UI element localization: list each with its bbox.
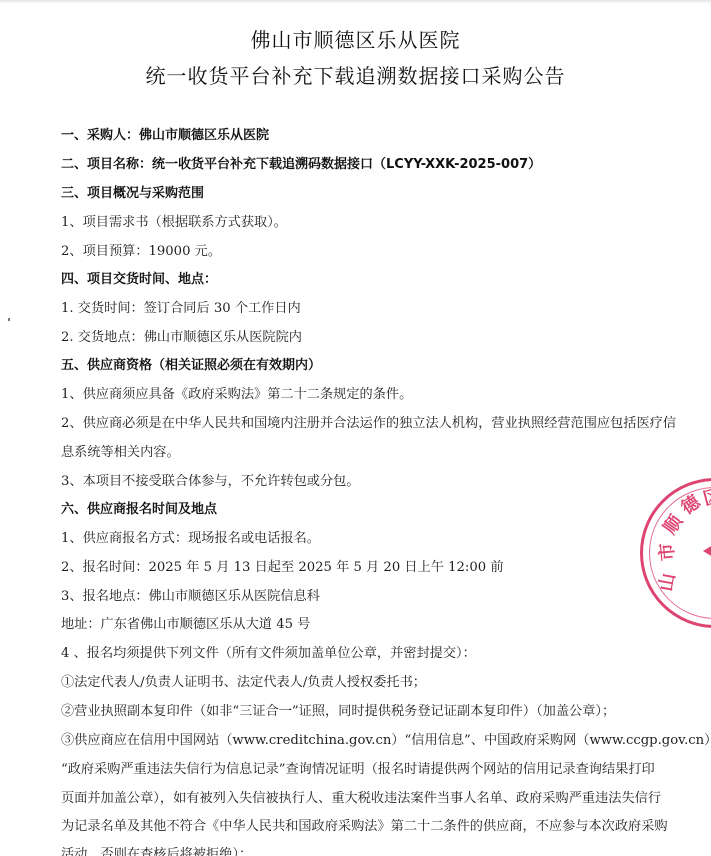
section-purchaser: 一、采购人：佛山市顺德区乐从医院 bbox=[61, 124, 269, 143]
section-project-name: 二、项目名称：统一收货平台补充下载追溯码数据接口（LCYY-XXK-2025-0… bbox=[61, 153, 541, 172]
page-top-shadow bbox=[0, 0, 711, 4]
list-item: 1、供应商报名方式：现场报名或电话报名。 bbox=[61, 527, 320, 546]
seal-star-icon bbox=[703, 529, 711, 573]
list-item: 3、本项目不接受联合体参与，不允许转包或分包。 bbox=[61, 470, 360, 489]
list-item-documents: 4 、报名均须提供下列文件（所有文件须加盖单位公章，并密封提交）： bbox=[61, 642, 476, 661]
sub-item-continuation: 页面并加盖公章），如有被列入失信被执行人、重大税收违法案件当事人名单、政府采购严… bbox=[61, 787, 661, 806]
document-title-hospital: 佛山市顺德区乐从医院 bbox=[0, 24, 711, 53]
list-item-delivery-time: 1. 交货时间：签订合同后 30 个工作日内 bbox=[61, 297, 301, 316]
sub-item: ①法定代表人/负责人证明书、法定代表人/负责人授权委托书； bbox=[61, 671, 426, 690]
sub-item-continuation: “政府采购严重违法失信行为信息记录”查询情况证明（报名时请提供两个网站的信用记录… bbox=[61, 758, 655, 777]
section-registration: 六、供应商报名时间及地点 bbox=[61, 498, 217, 517]
document-title-announcement: 统一收货平台补充下载追溯数据接口采购公告 bbox=[0, 60, 711, 89]
section-project-overview: 三、项目概况与采购范围 bbox=[61, 182, 204, 201]
list-item-budget: 2、项目预算：19000 元。 bbox=[61, 240, 221, 259]
list-item: 2、供应商必须是在中华人民共和国境内注册并合法运作的独立法人机构，营业执照经营范… bbox=[61, 412, 676, 431]
section-supplier-qualification: 五、供应商资格（相关证照必须在有效期内） bbox=[61, 354, 321, 373]
seal-char: 山 bbox=[652, 571, 681, 593]
official-seal-stamp: 山 市 顺 德 区 bbox=[640, 478, 711, 628]
scan-speck bbox=[8, 318, 10, 321]
section-delivery: 四、项目交货时间、地点： bbox=[61, 268, 217, 287]
list-item-registration-location: 3、报名地点：佛山市顺德区乐从医院信息科 bbox=[61, 585, 320, 604]
sub-item: ③供应商应在信用中国网站（www.creditchina.gov.cn）“信用信… bbox=[61, 729, 711, 748]
list-item-delivery-location: 2. 交货地点：佛山市顺德区乐从医院院内 bbox=[61, 326, 302, 345]
address-line: 地址：广东省佛山市顺德区乐从大道 45 号 bbox=[61, 613, 310, 632]
sub-item-continuation: 为记录名单及其他不符合《中华人民共和国政府采购法》第二十二条件的供应商，不应参与… bbox=[61, 815, 668, 834]
list-item: 1、供应商须应具备《政府采购法》第二十二条规定的条件。 bbox=[61, 383, 412, 402]
list-item-registration-time: 2、报名时间：2025 年 5 月 13 日起至 2025 年 5 月 20 日… bbox=[61, 556, 504, 575]
list-item-continuation: 息系统等相关内容。 bbox=[61, 441, 180, 460]
sub-item: ②营业执照副本复印件（如非“三证合一”证照，同时提供税务登记证副本复印件）（加盖… bbox=[61, 700, 615, 719]
sub-item-continuation: 活动，否则在查核后将被拒绝）； bbox=[61, 843, 252, 856]
list-item: 1、项目需求书（根据联系方式获取）。 bbox=[61, 211, 287, 230]
seal-char: 市 bbox=[652, 542, 679, 562]
